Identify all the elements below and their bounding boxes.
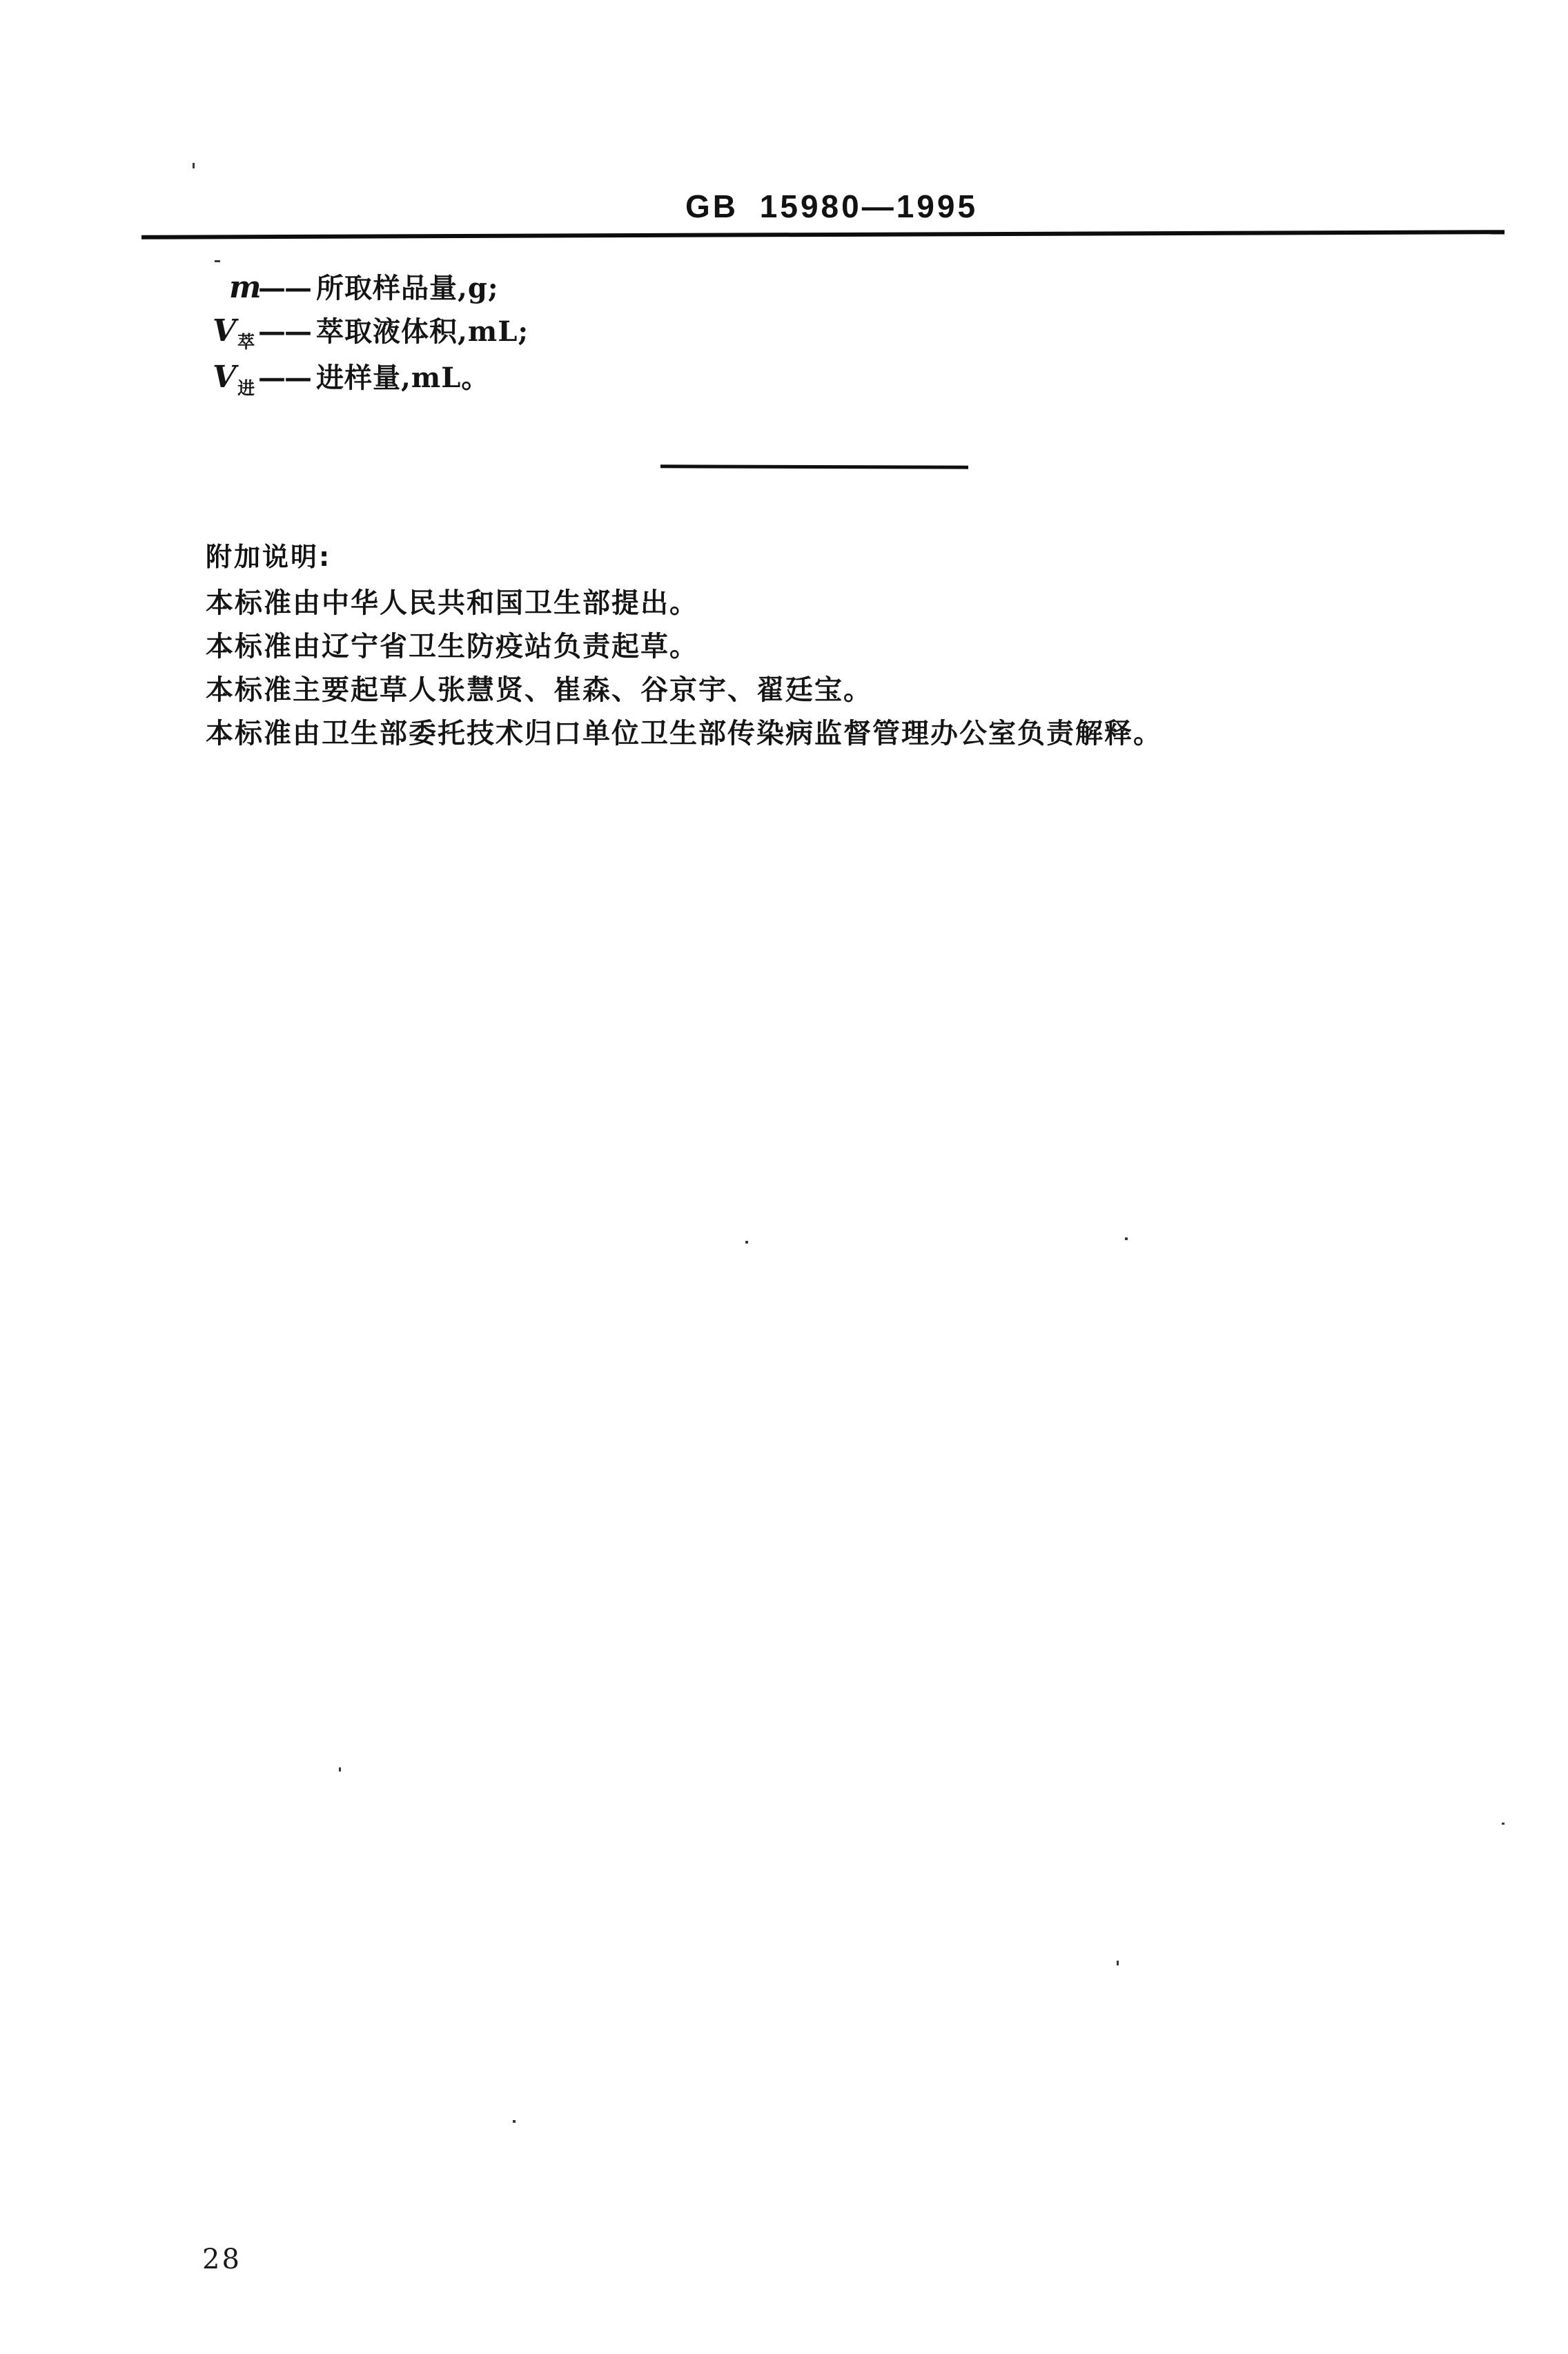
scan-speck bbox=[1125, 1237, 1128, 1240]
section-divider bbox=[660, 464, 968, 469]
additional-notes-heading: 附加说明: bbox=[206, 541, 1310, 573]
definition-symbol: V萃 bbox=[213, 314, 258, 360]
definition-dash: —— bbox=[258, 271, 311, 306]
variable-subscript: 萃 bbox=[237, 332, 255, 352]
note-paragraph-proposed-by: 本标准由中华人民共和国卫生部提出。 bbox=[206, 588, 1310, 618]
scan-speck bbox=[1502, 1823, 1505, 1825]
note-paragraph-drafters: 本标准主要起草人张慧贤、崔森、谷京宇、翟廷宝。 bbox=[206, 675, 1310, 705]
definition-row-v-extract: V萃 —— 萃取液体积,mL; bbox=[213, 314, 529, 360]
scan-speck bbox=[215, 260, 220, 262]
definition-row-m: m —— 所取样品量,g; bbox=[213, 271, 499, 316]
header-rule bbox=[141, 230, 1505, 239]
variable-subscript: 进 bbox=[237, 378, 255, 398]
additional-notes-section: 附加说明: 本标准由中华人民共和国卫生部提出。 本标准由辽宁省卫生防疫站负责起草… bbox=[206, 541, 1310, 762]
scan-speck bbox=[339, 1767, 341, 1772]
definition-symbol: m bbox=[213, 271, 258, 316]
note-paragraph-drafted-by: 本标准由辽宁省卫生防疫站负责起草。 bbox=[206, 631, 1310, 662]
definition-row-v-inject: V进 —— 进样量,mL。 bbox=[213, 360, 489, 406]
standard-code: GB 15980—1995 bbox=[685, 190, 978, 222]
variable-symbol: m bbox=[229, 270, 262, 305]
page-number: 28 bbox=[202, 2244, 242, 2275]
document-page: GB 15980—1995 m —— 所取样品量,g; V萃 —— 萃取液体积,… bbox=[0, 0, 1568, 2354]
definition-symbol: V进 bbox=[213, 360, 258, 406]
definition-description: 萃取液体积,mL; bbox=[316, 315, 529, 349]
definition-description: 所取样品量,g; bbox=[316, 271, 499, 306]
definition-dash: —— bbox=[258, 361, 311, 395]
definition-dash: —— bbox=[258, 315, 311, 349]
scan-speck bbox=[745, 1241, 748, 1244]
scan-speck bbox=[193, 163, 195, 168]
definition-description: 进样量,mL。 bbox=[316, 361, 489, 395]
variable-symbol: V bbox=[213, 313, 236, 349]
variable-symbol: V bbox=[213, 360, 236, 395]
scan-speck bbox=[1117, 1961, 1119, 1965]
note-paragraph-interpreted-by: 本标准由卫生部委托技术归口单位卫生部传染病监督管理办公室负责解释。 bbox=[206, 718, 1310, 749]
scan-speck bbox=[513, 2120, 516, 2123]
